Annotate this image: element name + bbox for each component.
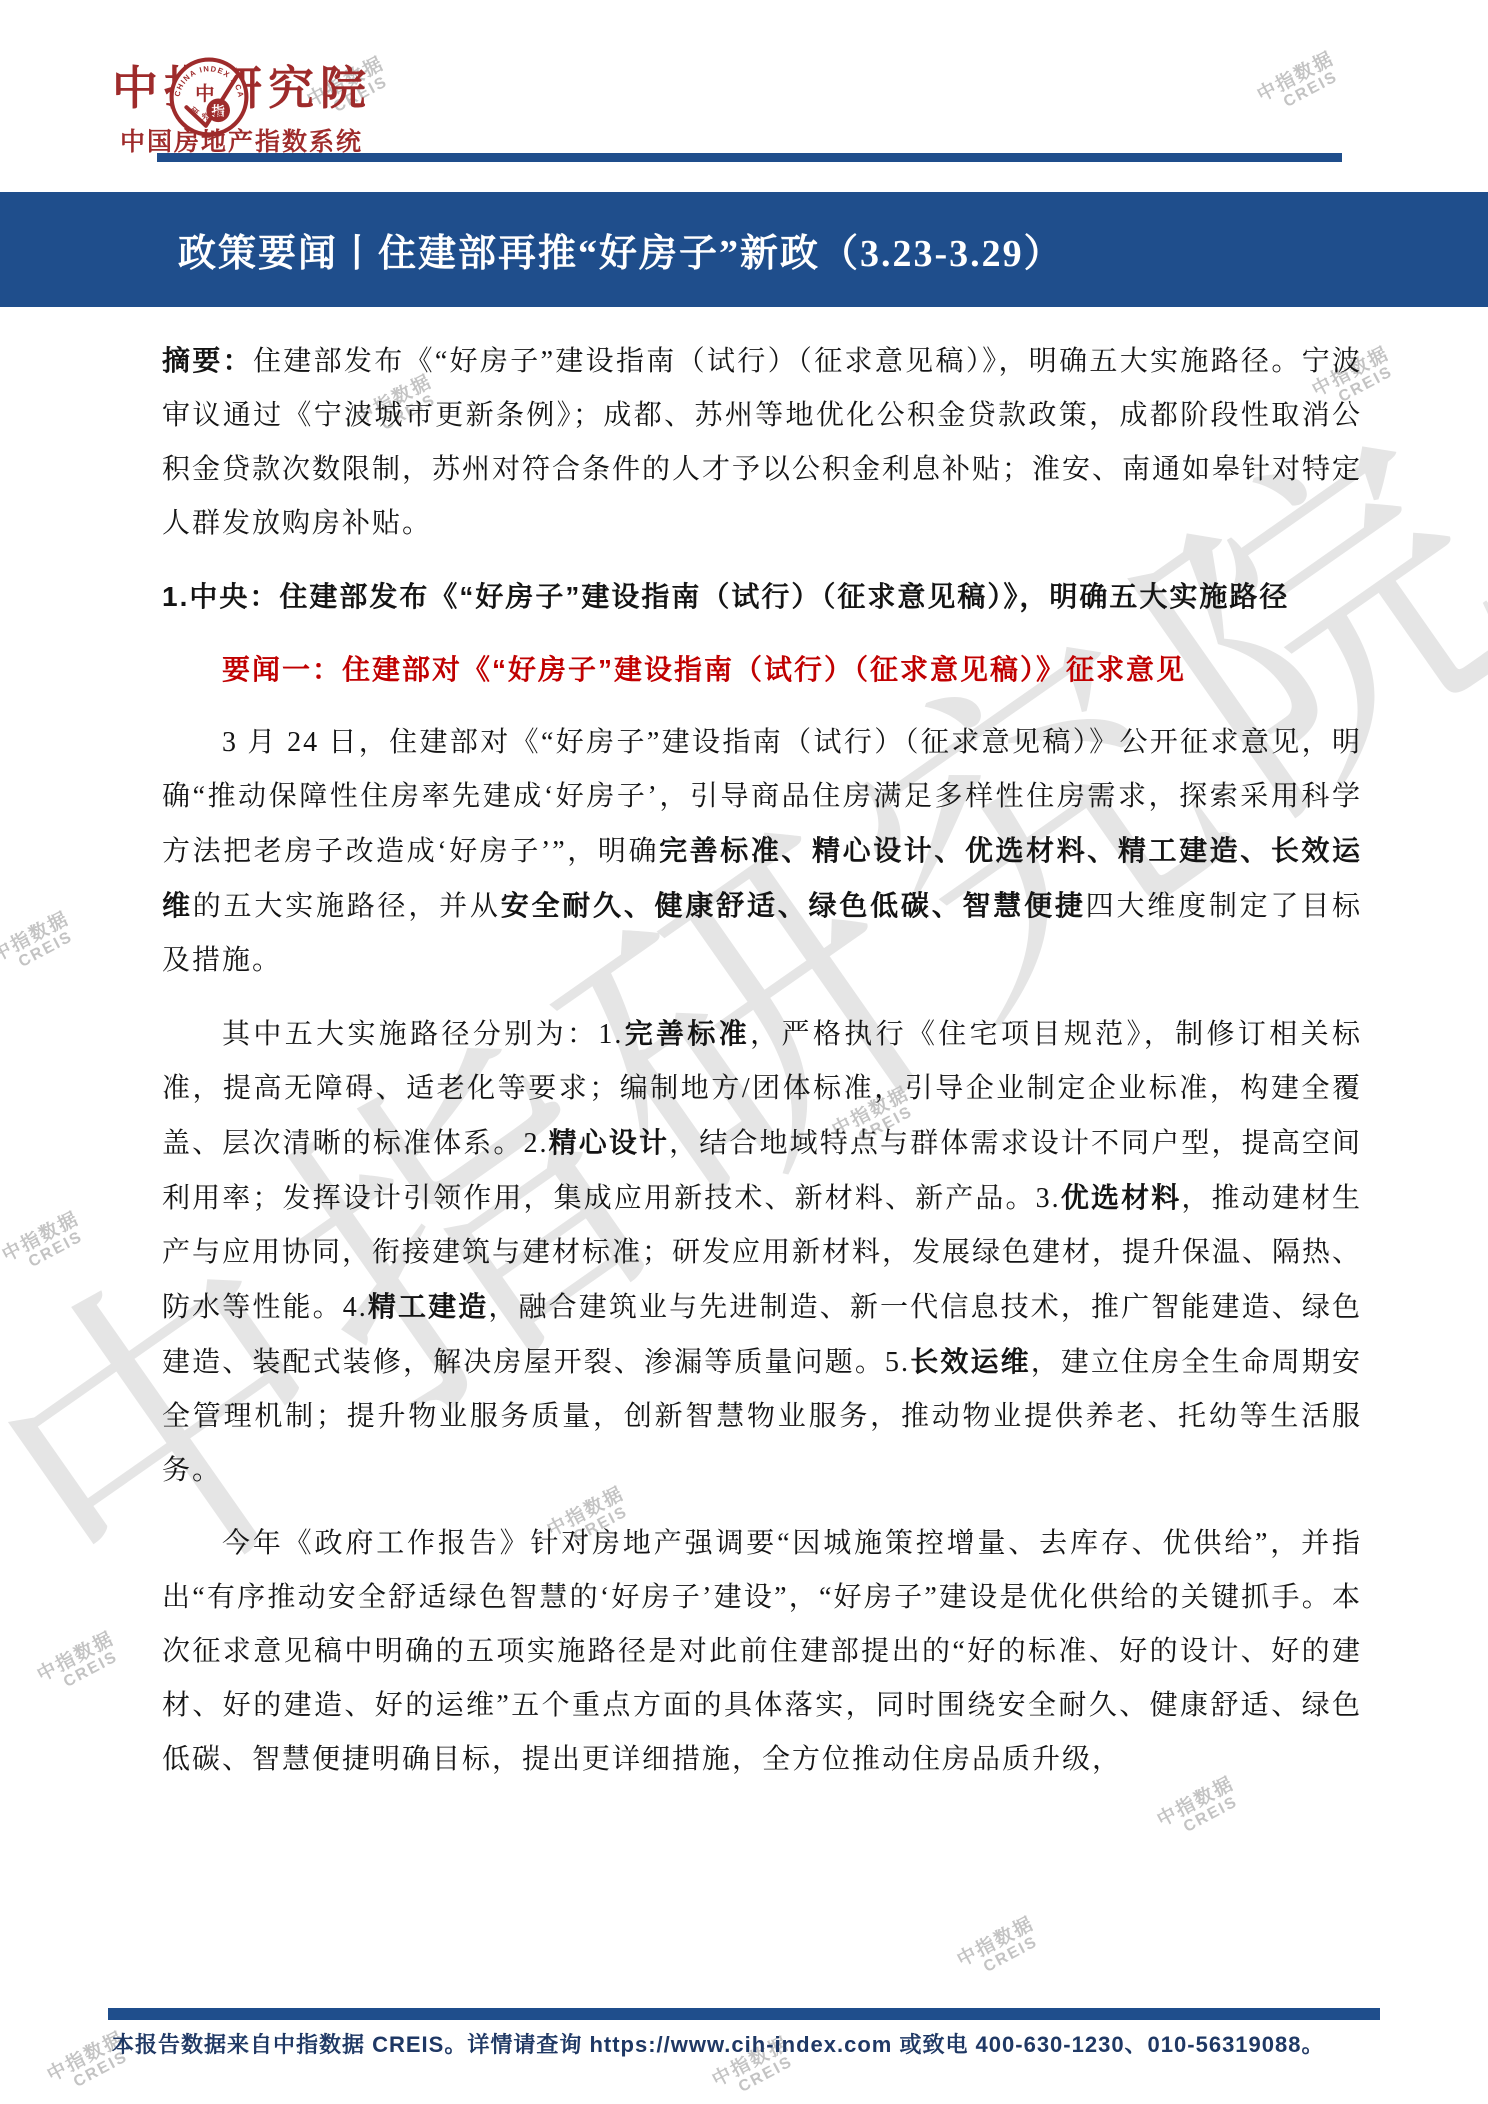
text-run: 摘要：: [162, 345, 253, 376]
text-run: 完善标准: [623, 1018, 750, 1049]
text-run: 要闻一：住建部对《“好房子”建设指南（试行）（征求意见稿）》征求意见: [222, 654, 1186, 685]
title-banner: 政策要闻丨住建部再推“好房子”新政（3.23-3.29）: [0, 192, 1488, 307]
document-page: 中指研究院中指数据CREIS中指数据CREIS中指数据CREIS中指数据CREI…: [0, 0, 1488, 2104]
logo-caption: 中国房地产指数系统: [120, 122, 363, 158]
footer-text: 本报告数据来自中指数据 CREIS。详情请查询 https://www.cih-…: [112, 2028, 1412, 2059]
paragraph: 3 月 24 日，住建部对《“好房子”建设指南（试行）（征求意见稿）》公开征求意…: [162, 716, 1362, 988]
footer-rule: [108, 2008, 1380, 2020]
text-run: 住建部发布《“好房子”建设指南（试行）（征求意见稿）》，明确五大实施路径。宁波审…: [162, 346, 1362, 539]
paragraph: 其中五大实施路径分别为：1.完善标准，严格执行《住宅项目规范》，制修订相关标准，…: [162, 1007, 1362, 1498]
text-run: 精工建造: [368, 1291, 489, 1322]
watermark-small: 中指数据CREIS: [954, 1914, 1045, 1986]
watermark-small: 中指数据CREIS: [0, 909, 81, 981]
watermark-small: 中指数据CREIS: [1254, 49, 1345, 121]
text-run: 优选材料: [1061, 1182, 1182, 1213]
watermark-small: 中指数据CREIS: [34, 1629, 125, 1701]
paragraph: 1.中央：住建部发布《“好房子”建设指南（试行）（征求意见稿）》，明确五大实施路…: [162, 570, 1362, 624]
paragraph: 摘要：住建部发布《“好房子”建设指南（试行）（征求意见稿）》，明确五大实施路径。…: [162, 334, 1362, 551]
paragraph: 今年《政府工作报告》针对房地产强调要“因城施策控增量、去库存、优供给”，并指出“…: [162, 1517, 1362, 1787]
watermark-small: 中指数据CREIS: [0, 1209, 91, 1281]
body-paragraphs: 摘要：住建部发布《“好房子”建设指南（试行）（征求意见稿）》，明确五大实施路径。…: [162, 334, 1362, 1806]
text-run: 精心设计: [549, 1127, 670, 1158]
text-run: 1.中央：住建部发布《“好房子”建设指南（试行）（征求意见稿）》，明确五大实施路…: [162, 581, 1289, 612]
paragraph: 要闻一：住建部对《“好房子”建设指南（试行）（征求意见稿）》征求意见: [162, 643, 1362, 697]
text-run: 其中五大实施路径分别为：1.: [222, 1019, 623, 1050]
page-title: 政策要闻丨住建部再推“好房子”新政（3.23-3.29）: [0, 222, 1064, 277]
text-run: 今年《政府工作报告》针对房地产强调要“因城施策控增量、去库存、优供给”，并指出“…: [162, 1528, 1362, 1775]
text-run: 长效运维: [910, 1346, 1031, 1377]
text-run: 的五大实施路径，并从: [193, 891, 501, 922]
text-run: 安全耐久、健康舒适、绿色低碳、智慧便捷: [501, 890, 1086, 921]
